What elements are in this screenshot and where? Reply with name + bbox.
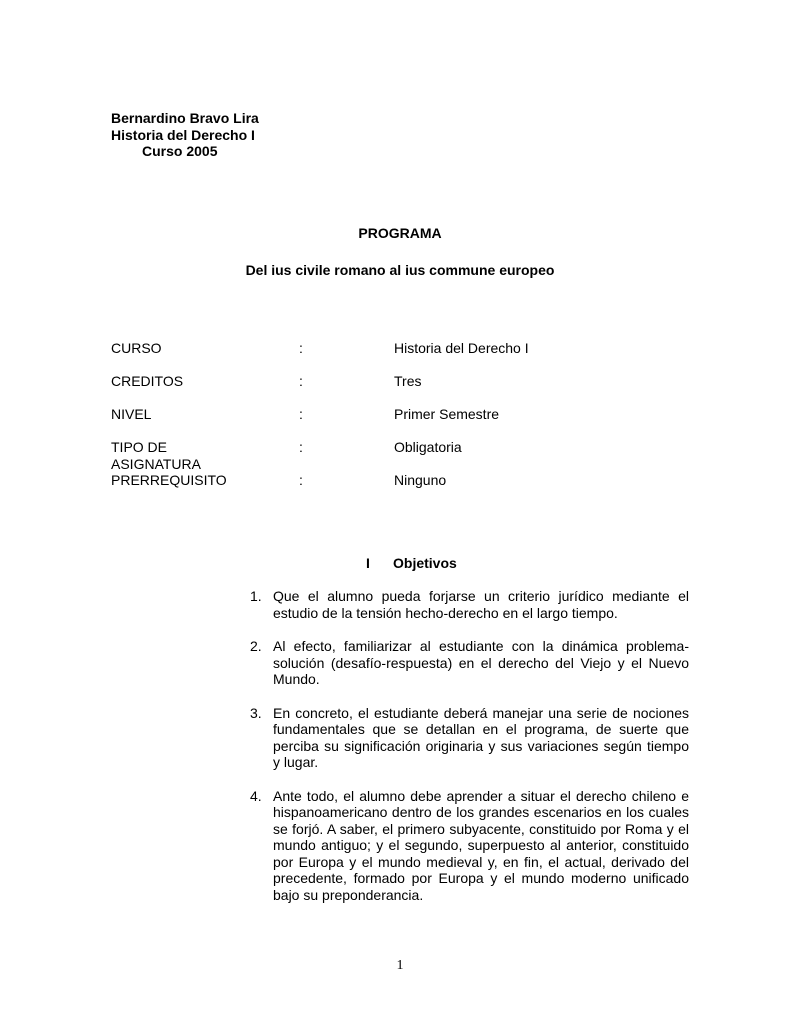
info-value: Ninguno [394, 472, 446, 489]
section-title: Objetivos [393, 555, 457, 571]
item-number: 4. [250, 788, 262, 805]
info-label: NIVEL [111, 406, 151, 423]
document-page: Bernardino Bravo Lira Historia del Derec… [0, 0, 800, 1035]
document-title: PROGRAMA [0, 225, 800, 241]
info-separator: : [299, 340, 303, 357]
list-item: 3. En concreto, el estudiante deberá man… [248, 705, 689, 771]
item-number: 3. [250, 705, 262, 722]
item-text: En concreto, el estudiante deberá maneja… [273, 705, 689, 771]
info-separator: : [299, 406, 303, 423]
document-subtitle: Del ius civile romano al ius commune eur… [0, 262, 800, 278]
info-label: TIPO DE ASIGNATURA [111, 439, 201, 473]
course-name: Historia del Derecho I [111, 127, 259, 144]
info-separator: : [299, 439, 303, 456]
info-label: CURSO [111, 340, 162, 357]
item-text: Que el alumno pueda forjarse un criterio… [273, 588, 689, 621]
section-number: I [366, 555, 393, 571]
info-separator: : [299, 472, 303, 489]
info-value: Obligatoria [394, 439, 462, 456]
author-header: Bernardino Bravo Lira Historia del Derec… [111, 110, 259, 160]
info-value: Historia del Derecho I [394, 340, 529, 357]
item-text: Al efecto, familiarizar al estudiante co… [273, 638, 689, 687]
page-number: 1 [0, 958, 800, 974]
list-item: 1. Que el alumno pueda forjarse un crite… [248, 588, 689, 621]
list-item: 2. Al efecto, familiarizar al estudiante… [248, 638, 689, 688]
item-number: 2. [250, 638, 262, 655]
author-name: Bernardino Bravo Lira [111, 110, 259, 127]
info-value: Primer Semestre [394, 406, 499, 423]
info-separator: : [299, 373, 303, 390]
list-item: 4. Ante todo, el alumno debe aprender a … [248, 788, 689, 904]
info-label: PRERREQUISITO [111, 472, 227, 489]
info-label: CREDITOS [111, 373, 183, 390]
item-text: Ante todo, el alumno debe aprender a sit… [273, 788, 689, 903]
objectives-list: 1. Que el alumno pueda forjarse un crite… [248, 588, 689, 920]
info-value: Tres [394, 373, 421, 390]
course-year: Curso 2005 [111, 143, 259, 160]
section-heading: IObjetivos [366, 555, 457, 571]
item-number: 1. [250, 588, 262, 605]
